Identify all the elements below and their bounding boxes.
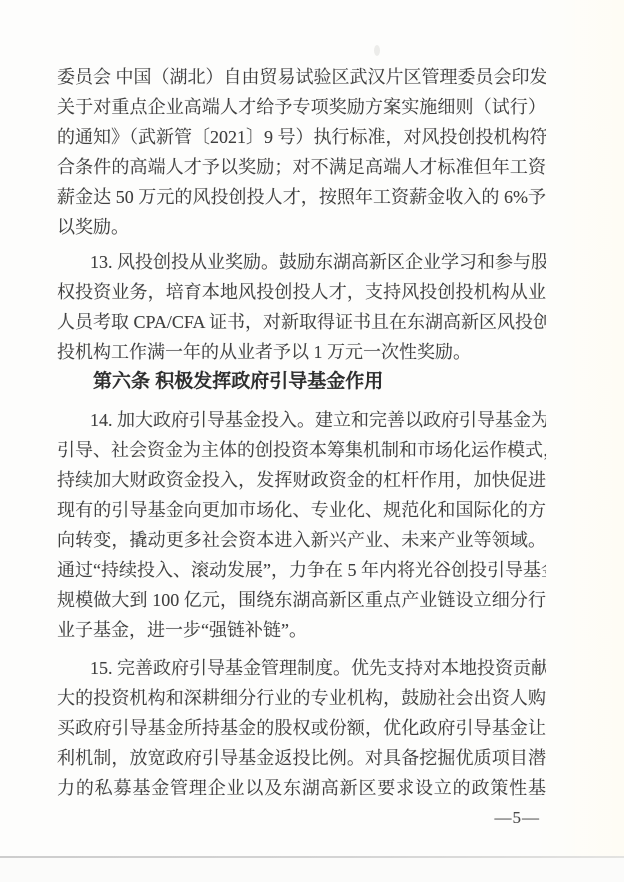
policy-item-15: 15. 完善政府引导基金管理制度。优先支持对本地投资贡献 大的投资机构和深耕细分…: [57, 653, 546, 803]
document-body: 委员会 中国（湖北）自由贸易试验区武汉片区管理委员会印发 关于对重点企业高端人才…: [57, 62, 546, 803]
text-line: 关于对重点企业高端人才给予专项奖励方案实施细则（试行）: [57, 92, 546, 122]
smudge-mark: [374, 45, 380, 56]
text-line: 持续加大财政资金投入，发挥财政资金的杠杆作用，加快促进: [57, 465, 546, 495]
paragraph-continuation: 委员会 中国（湖北）自由贸易试验区武汉片区管理委员会印发 关于对重点企业高端人才…: [57, 62, 546, 242]
page-number: —5—: [495, 806, 541, 830]
paper-tint: [534, 0, 624, 882]
text-line: 力的私募基金管理企业以及东湖高新区要求设立的政策性基: [57, 773, 546, 803]
text-line: 业子基金，进一步“强链补链”。: [57, 615, 546, 645]
text-line: 引导、社会资金为主体的创投资本筹集机制和市场化运作模式，: [57, 435, 546, 465]
text-line: 规模做大到 100 亿元，围绕东湖高新区重点产业链设立细分行: [57, 585, 546, 615]
text-line: 以奖励。: [57, 212, 546, 242]
text-line: 13. 风投创投从业奖励。鼓励东湖高新区企业学习和参与股: [57, 247, 546, 277]
text-line: 14. 加大政府引导基金投入。建立和完善以政府引导基金为: [57, 405, 546, 435]
text-line: 现有的引导基金向更加市场化、专业化、规范化和国际化的方: [57, 495, 546, 525]
text-line: 委员会 中国（湖北）自由贸易试验区武汉片区管理委员会印发: [57, 62, 546, 92]
text-line: 大的投资机构和深耕细分行业的专业机构，鼓励社会出资人购: [57, 683, 546, 713]
document-page: 委员会 中国（湖北）自由贸易试验区武汉片区管理委员会印发 关于对重点企业高端人才…: [0, 0, 624, 882]
text-line: 权投资业务，培育本地风投创投人才，支持风投创投机构从业: [57, 277, 546, 307]
text-line: 利机制，放宽政府引导基金返投比例。对具备挖掘优质项目潜: [57, 743, 546, 773]
text-line: 投机构工作满一年的从业者予以 1 万元一次性奖励。: [57, 337, 546, 367]
text-line: 买政府引导基金所持基金的股权或份额，优化政府引导基金让: [57, 713, 546, 743]
bottom-margin-area: [0, 858, 624, 882]
policy-item-13: 13. 风投创投从业奖励。鼓励东湖高新区企业学习和参与股 权投资业务，培育本地风…: [57, 247, 546, 367]
text-line: 15. 完善政府引导基金管理制度。优先支持对本地投资贡献: [57, 653, 546, 683]
section-6-heading: 第六条 积极发挥政府引导基金作用: [57, 367, 546, 397]
text-line: 向转变，撬动更多社会资本进入新兴产业、未来产业等领域。: [57, 525, 546, 555]
text-line: 薪金达 50 万元的风投创投人才，按照年工资薪金收入的 6%予: [57, 182, 546, 212]
policy-item-14: 14. 加大政府引导基金投入。建立和完善以政府引导基金为 引导、社会资金为主体的…: [57, 405, 546, 645]
text-line: 的通知》（武新管〔2021〕9 号）执行标准，对风投创投机构符: [57, 122, 546, 152]
text-line: 通过“持续投入、滚动发展”，力争在 5 年内将光谷创投引导基金: [57, 555, 546, 585]
text-line: 人员考取 CPA/CFA 证书，对新取得证书且在东湖高新区风投创: [57, 307, 546, 337]
text-line: 合条件的高端人才予以奖励；对不满足高端人才标准但年工资: [57, 152, 546, 182]
